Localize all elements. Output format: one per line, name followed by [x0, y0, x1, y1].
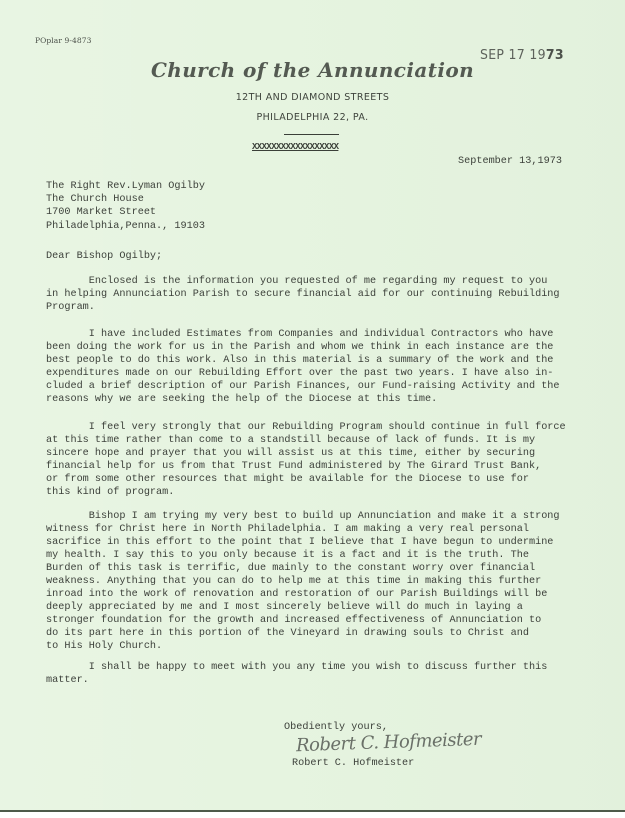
paragraph-line: at this time rather than come to a stand…	[46, 434, 586, 447]
scan-margin	[0, 812, 625, 818]
paragraph-line: my health. I say this to you only becaus…	[46, 549, 586, 562]
paragraph-line: this kind of program.	[46, 486, 586, 499]
phone-number: POplar 9-4873	[35, 36, 92, 45]
paragraph-line: Bishop I am trying my very best to build…	[46, 510, 586, 523]
salutation: Dear Bishop Ogilby;	[46, 250, 162, 263]
paragraph-line: stronger foundation for the growth and i…	[46, 614, 586, 627]
paragraph-line: witness for Christ here in North Philade…	[46, 523, 586, 536]
letterhead-divider	[284, 134, 339, 135]
recipient-line: 1700 Market Street	[46, 206, 205, 219]
paragraph-line: expenditures made on our Rebuilding Effo…	[46, 367, 586, 380]
paragraph-line: weakness. Anything that you can do to he…	[46, 575, 586, 588]
recipient-line: Philadelphia,Penna., 19103	[46, 220, 205, 233]
paragraph-line: best people to do this work. Also in thi…	[46, 354, 586, 367]
struck-out-line: XXXXXXXXXXXXXXXXXX	[252, 142, 338, 152]
paragraph-4: Bishop I am trying my very best to build…	[46, 510, 586, 653]
paragraph-line: I feel very strongly that our Rebuilding…	[46, 421, 586, 434]
paragraph-2: I have included Estimates from Companies…	[46, 328, 586, 406]
paragraph-line: sincere hope and prayer that you will as…	[46, 447, 586, 460]
paragraph-line: financial help for us from that Trust Fu…	[46, 460, 586, 473]
paragraph-line: do its part here in this portion of the …	[46, 627, 586, 640]
paragraph-line: Program.	[46, 301, 586, 314]
paragraph-3: I feel very strongly that our Rebuilding…	[46, 421, 586, 499]
letterhead-street: 12TH AND DIAMOND STREETS	[0, 92, 625, 103]
paragraph-line: reasons why we are seeking the help of t…	[46, 393, 586, 406]
paragraph-line: Burden of this task is terrific, due mai…	[46, 562, 586, 575]
recipient-line: The Church House	[46, 193, 205, 206]
paragraph-line: I have included Estimates from Companies…	[46, 328, 586, 341]
paragraph-line: or from some other resources that might …	[46, 473, 586, 486]
paragraph-1: Enclosed is the information you requeste…	[46, 275, 586, 314]
paragraph-line: been doing the work for us in the Parish…	[46, 341, 586, 354]
letter-date: September 13,1973	[458, 155, 562, 168]
paragraph-line: cluded a brief description of our Parish…	[46, 380, 586, 393]
paragraph-line: Enclosed is the information you requeste…	[46, 275, 586, 288]
paragraph-line: sacrifice in this effort to the point th…	[46, 536, 586, 549]
paragraph-line: matter.	[46, 674, 586, 687]
letterhead-city: PHILADELPHIA 22, PA.	[0, 112, 625, 123]
recipient-address: The Right Rev.Lyman Ogilby The Church Ho…	[46, 180, 205, 233]
paragraph-5: I shall be happy to meet with you any ti…	[46, 661, 586, 687]
paragraph-line: deeply appreciated by me and I most sinc…	[46, 601, 586, 614]
paragraph-line: in helping Annunciation Parish to secure…	[46, 288, 586, 301]
letterhead-church-name: Church of the Annunciation	[0, 58, 625, 82]
recipient-line: The Right Rev.Lyman Ogilby	[46, 180, 205, 193]
paragraph-line: I shall be happy to meet with you any ti…	[46, 661, 586, 674]
paragraph-line: inroad into the work of renovation and r…	[46, 588, 586, 601]
paragraph-line: to His Holy Church.	[46, 640, 586, 653]
letter-page: POplar 9-4873 SEP 17 1973 Church of the …	[0, 0, 625, 812]
typed-signer-name: Robert C. Hofmeister	[292, 757, 414, 770]
